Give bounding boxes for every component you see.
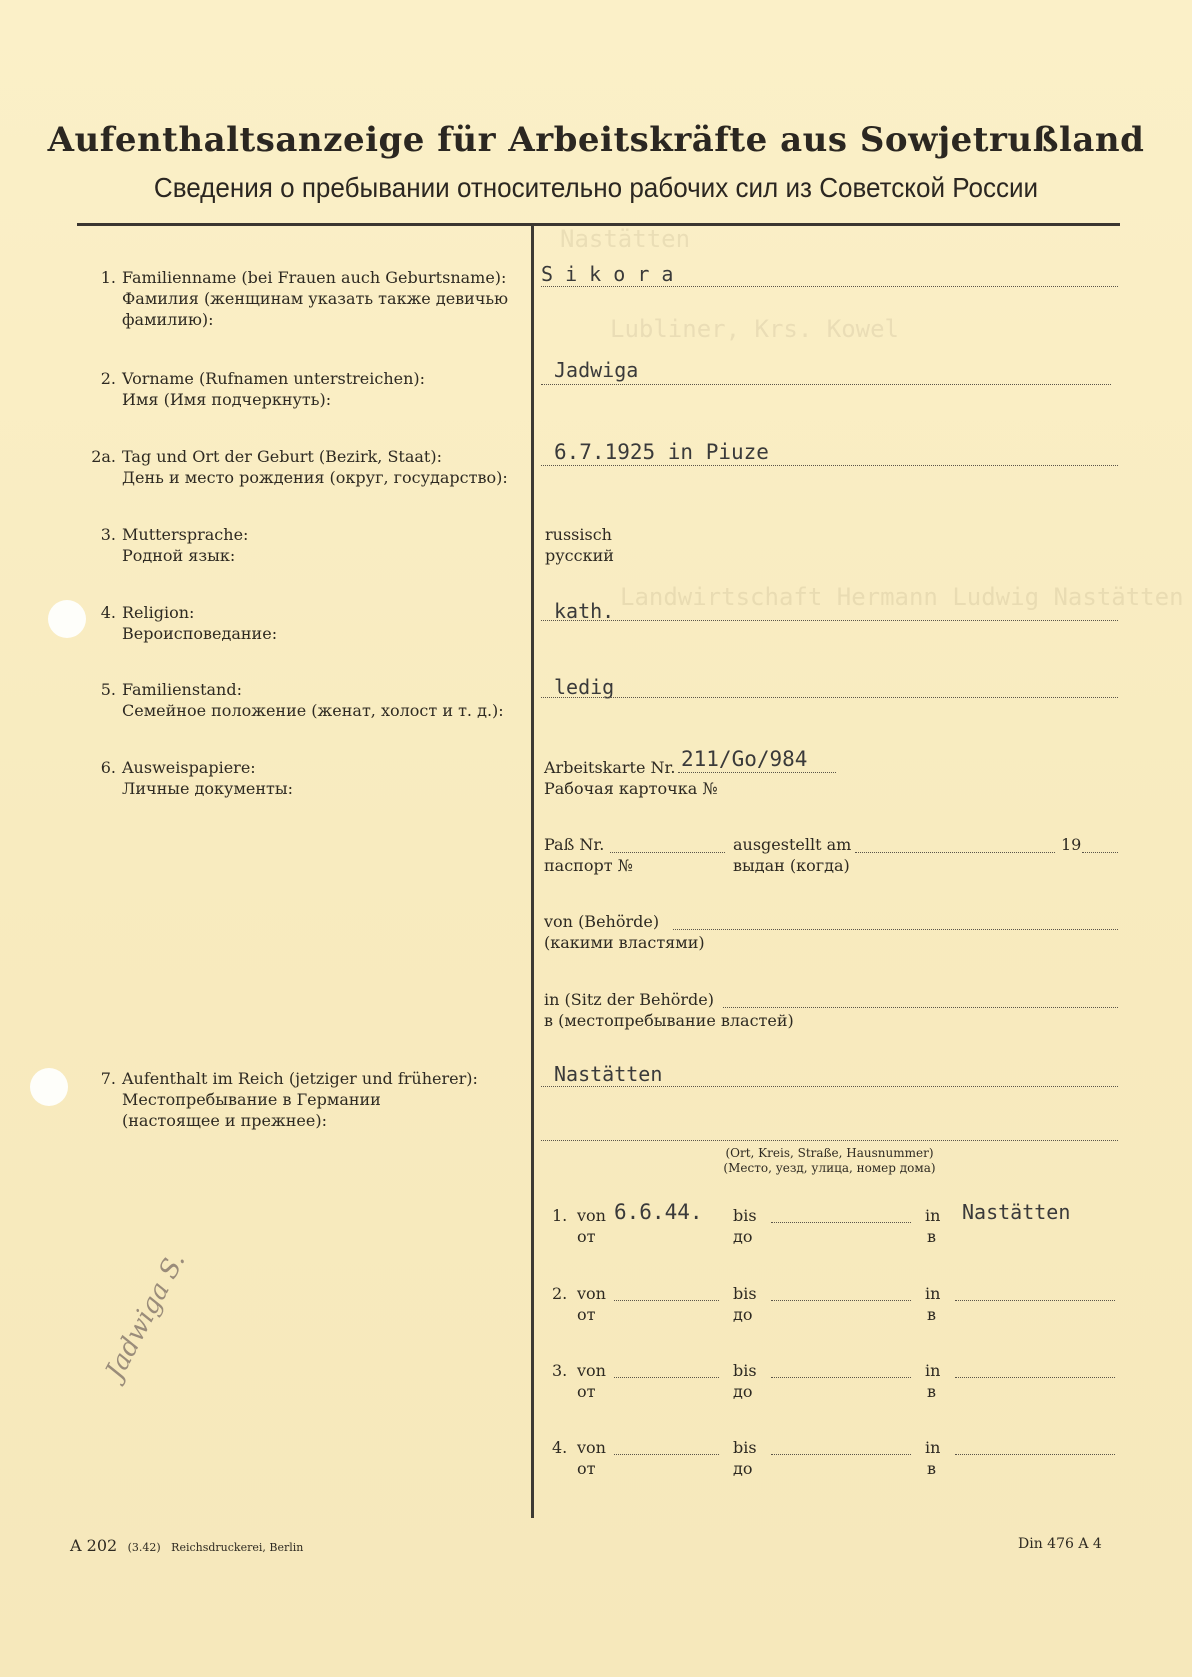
- stay-place-field[interactable]: [955, 1377, 1115, 1378]
- firstname-line: [541, 384, 1111, 385]
- stay-to-field[interactable]: [771, 1222, 911, 1223]
- authority-label: von (Behörde) (какими властями): [544, 911, 705, 953]
- punch-hole: [48, 600, 86, 638]
- residence-line-2[interactable]: [541, 1140, 1118, 1141]
- religion-line: [541, 620, 1118, 621]
- field-language-label: 3.Muttersprache: Родной язык:: [82, 524, 248, 566]
- stay-from-field[interactable]: [614, 1300, 719, 1301]
- issued-label: ausgestellt am выдан (когда): [733, 834, 851, 876]
- stay-to-field[interactable]: [771, 1377, 911, 1378]
- form-title-russian: Сведения о пребывании относительно рабоч…: [42, 172, 1151, 204]
- residence-line-1: [541, 1086, 1118, 1087]
- stay-place-field[interactable]: [955, 1454, 1115, 1455]
- field-birth-label: 2a.Tag und Ort der Geburt (Bezirk, Staat…: [82, 446, 508, 488]
- form-title-german: Aufenthaltsanzeige für Arbeitskräfte aus…: [0, 120, 1192, 160]
- field-residence-label: 7.Aufenthalt im Reich (jetziger und früh…: [82, 1068, 478, 1131]
- authority-seat-label: in (Sitz der Behörde) в (местопребывание…: [544, 989, 794, 1031]
- address-caption: (Ort, Kreis, Straße, Hausnummer) (Место,…: [541, 1146, 1118, 1176]
- stay-to-field[interactable]: [771, 1300, 911, 1301]
- bleed-through-text: Lubliner, Krs. Kowel: [610, 315, 899, 343]
- stay-place-value[interactable]: Nastätten: [962, 1200, 1070, 1224]
- stay-to-field[interactable]: [771, 1454, 911, 1455]
- punch-hole: [30, 1068, 68, 1106]
- field-idpapers-label: 6.Ausweispapiere: Личные документы:: [82, 757, 293, 799]
- marital-line: [541, 697, 1118, 698]
- authority-field[interactable]: [673, 929, 1118, 930]
- paper-format-footer: Din 476 A 4: [1018, 1536, 1102, 1552]
- bleed-through-text: Nastätten: [560, 225, 690, 253]
- language-value: russisch русский: [545, 524, 614, 566]
- stay-from-field[interactable]: [614, 1454, 719, 1455]
- surname-line: [541, 286, 1118, 287]
- residence-value[interactable]: Nastätten: [554, 1062, 662, 1086]
- issued-year-field[interactable]: [1082, 852, 1118, 853]
- surname-value[interactable]: S i k o r a: [541, 262, 673, 286]
- marital-value[interactable]: ledig: [554, 675, 614, 699]
- authority-seat-field[interactable]: [723, 1007, 1118, 1008]
- field-religion-label: 4.Religion: Вероисповедание:: [82, 602, 277, 644]
- birth-line: [541, 465, 1118, 466]
- stay-place-field[interactable]: [955, 1300, 1115, 1301]
- stay-from-value[interactable]: 6.6.44.: [614, 1200, 703, 1224]
- year-prefix: 19: [1061, 834, 1081, 855]
- field-surname-label: 1.Familienname (bei Frauen auch Geburtsn…: [82, 267, 508, 330]
- issued-date-field[interactable]: [855, 852, 1055, 853]
- bleed-through-text: Landwirtschaft Hermann Ludwig Nastätten: [620, 583, 1184, 611]
- stay-from-field[interactable]: [614, 1377, 719, 1378]
- title-rule: [77, 223, 1120, 226]
- column-divider: [531, 225, 534, 1518]
- workcard-value[interactable]: 211/Go/984: [681, 747, 807, 771]
- workcard-line: [678, 772, 836, 773]
- passport-number-field[interactable]: [610, 852, 725, 853]
- passport-label: Paß Nr. паспорт №: [544, 834, 633, 876]
- birth-value[interactable]: 6.7.1925 in Piuze: [554, 440, 769, 464]
- form-code-footer: A 202 (3.42) Reichsdruckerei, Berlin: [70, 1536, 303, 1555]
- firstname-value[interactable]: Jadwiga: [554, 358, 638, 382]
- field-firstname-label: 2.Vorname (Rufnamen unterstreichen): Имя…: [82, 368, 425, 410]
- field-marital-label: 5.Familienstand: Семейное положение (жен…: [82, 679, 504, 721]
